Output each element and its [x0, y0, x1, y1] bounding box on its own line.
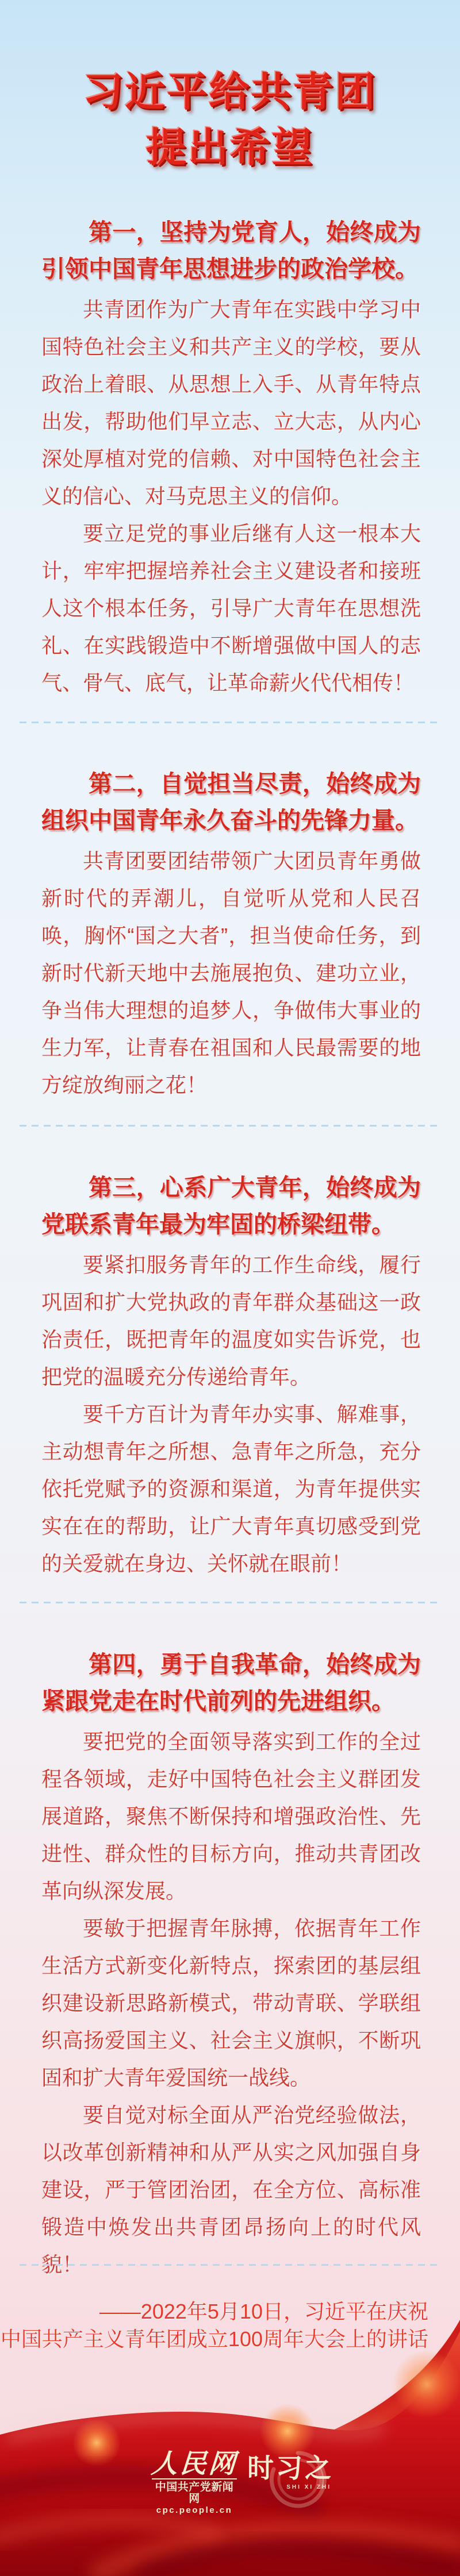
section-divider-4: [20, 2264, 440, 2266]
section-3: 第三，心系广大青年，始终成为党联系青年最为牢固的桥梁纽带。 要紧扣服务青年的工作…: [0, 1169, 460, 1582]
section-3-paragraph-2: 要千方百计为青年办实事、解难事，主动想青年之所想、急青年之所急，充分依托党赋予的…: [41, 1395, 421, 1582]
poster-background: 习近平给共青团 提出希望 第一，坚持为党育人，始终成为引领中国青年思想进步的政治…: [0, 0, 460, 2576]
section-2-paragraph-1: 共青团要团结带领广大团员青年勇做新时代的弄潮儿，自觉听从党和人民召唤，胸怀“国之…: [41, 842, 421, 1104]
red-silk-ribbon-graphic: [0, 2298, 460, 2576]
people-daily-logo: 人民网 中国共产党新闻网 cpc.people.cn: [151, 2450, 238, 2516]
section-2: 第二，自觉担当尽责，始终成为组织中国青年永久奋斗的先锋力量。 共青团要团结带领广…: [0, 765, 460, 1104]
section-divider-1: [20, 722, 440, 723]
section-divider-2: [20, 1125, 440, 1127]
shixizhi-wordmark: 时习之: [247, 2452, 339, 2484]
section-2-heading: 第二，自觉担当尽责，始终成为组织中国青年永久奋斗的先锋力量。: [41, 765, 421, 839]
cpc-news-url: cpc.people.cn: [151, 2505, 238, 2516]
section-4-heading: 第四，勇于自我革命，始终成为紧跟党走在时代前列的先进组织。: [41, 1646, 421, 1719]
cpc-news-site-name: 中国共产党新闻网: [151, 2482, 238, 2505]
page-title: 习近平给共青团 提出希望: [0, 64, 460, 176]
page-title-line-1: 习近平给共青团: [0, 64, 460, 120]
section-4: 第四，勇于自我革命，始终成为紧跟党走在时代前列的先进组织。 要把党的全面领导落实…: [0, 1646, 460, 2283]
shixizhi-latin-caption: SHI XI ZHI: [247, 2484, 339, 2490]
section-3-paragraph-1: 要紧扣服务青年的工作生命线，履行巩固和扩大党执政的青年群众基础这一政治责任，既把…: [41, 1246, 421, 1395]
section-divider-3: [20, 1602, 440, 1603]
section-4-paragraph-2: 要敏于把握青年脉搏，依据青年工作生活方式新变化新特点，探索团的基层组织建设新思路…: [41, 1910, 421, 2096]
section-3-heading: 第三，心系广大青年，始终成为党联系青年最为牢固的桥梁纽带。: [41, 1169, 421, 1243]
shixizhi-logo: 时习之 SHI XI ZHI: [247, 2452, 339, 2509]
page-title-line-2: 提出希望: [0, 120, 460, 176]
section-1-paragraph-2: 要立足党的事业后继有人这一根本大计，牢牢把握培养社会主义建设者和接班人这个根本任…: [41, 515, 421, 701]
section-1-paragraph-1: 共青团作为广大青年在实践中学习中国特色社会主义和共产主义的学校，要从政治上着眼、…: [41, 291, 421, 515]
section-1-heading: 第一，坚持为党育人，始终成为引领中国青年思想进步的政治学校。: [41, 214, 421, 287]
section-4-paragraph-1: 要把党的全面领导落实到工作的全过程各领域，走好中国特色社会主义群团发展道路，聚焦…: [41, 1723, 421, 1910]
section-4-paragraph-3: 要自觉对标全面从严治党经验做法，以改革创新精神和从严从实之风加强自身建设，严于管…: [41, 2096, 421, 2283]
section-1: 第一，坚持为党育人，始终成为引领中国青年思想进步的政治学校。 共青团作为广大青年…: [0, 214, 460, 701]
people-daily-script-logo: 人民网: [149, 2450, 239, 2477]
